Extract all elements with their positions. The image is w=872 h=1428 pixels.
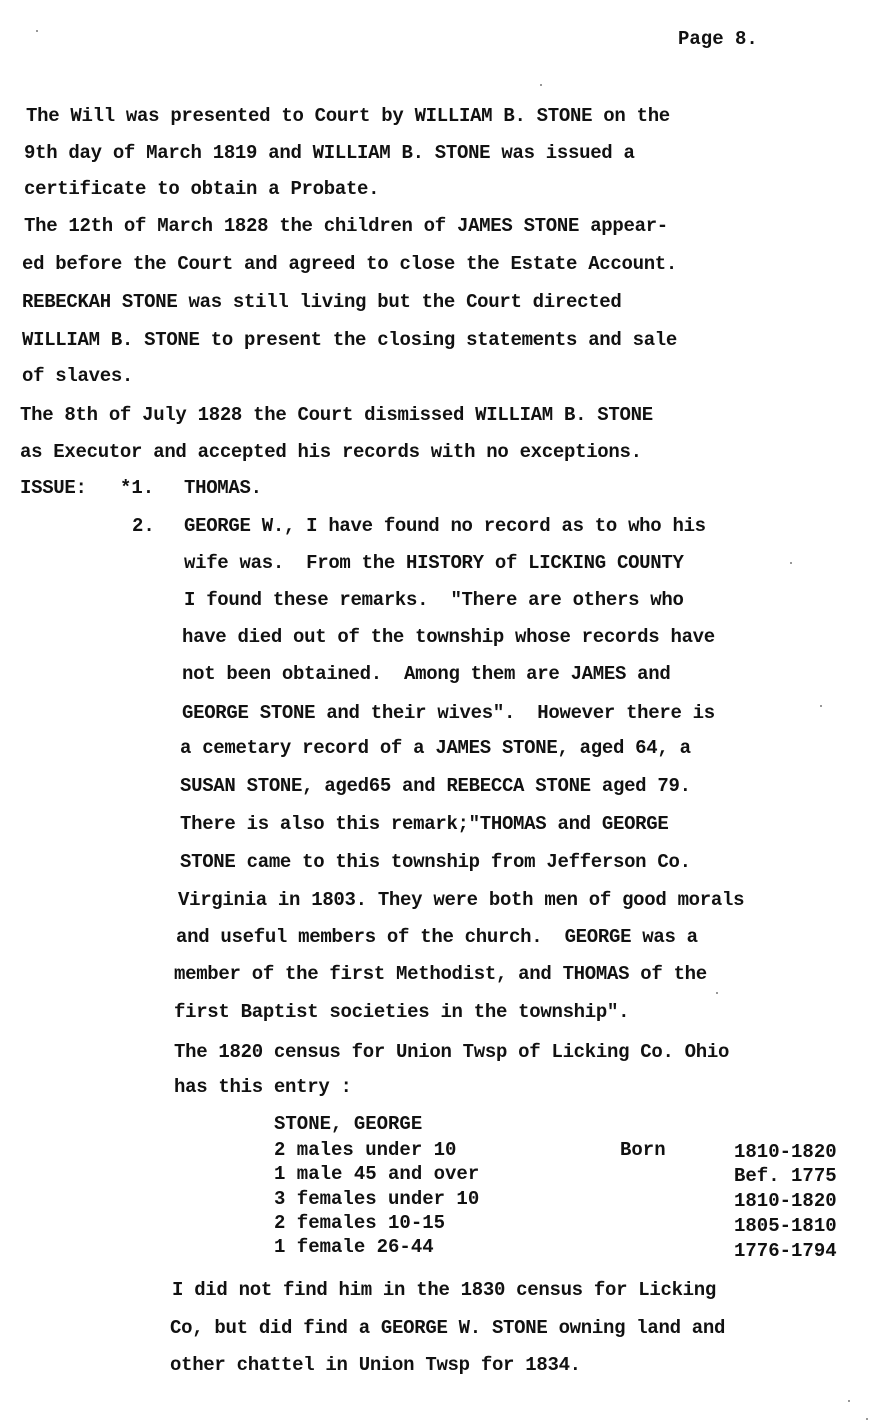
text-line: certificate to obtain a Probate. <box>24 177 379 201</box>
text-line: of slaves. <box>22 364 133 388</box>
census-heading: STONE, GEORGE <box>274 1113 422 1135</box>
scan-speck <box>36 30 38 32</box>
text-line: The Will was presented to Court by WILLI… <box>26 104 670 128</box>
issue-marker: *1. <box>120 476 154 500</box>
text-line: GEORGE STONE and their wives". However t… <box>182 701 715 725</box>
page-number: Page 8. <box>678 28 758 50</box>
scan-speck <box>540 84 542 86</box>
text-line: SUSAN STONE, aged65 and REBECCA STONE ag… <box>180 774 691 798</box>
text-line: STONE came to this township from Jeffers… <box>180 850 691 874</box>
text-line: GEORGE W., I have found no record as to … <box>184 514 706 538</box>
text-line: other chattel in Union Twsp for 1834. <box>170 1353 581 1377</box>
text-line: REBECKAH STONE was still living but the … <box>22 290 622 314</box>
scan-speck <box>866 1418 868 1420</box>
text-line: The 1820 census for Union Twsp of Lickin… <box>174 1040 729 1064</box>
text-line: I found these remarks. "There are others… <box>184 588 684 612</box>
census-born-label: Born <box>620 1139 666 1161</box>
text-line: have died out of the township whose reco… <box>182 625 715 649</box>
text-line: wife was. From the HISTORY of LICKING CO… <box>184 551 684 575</box>
document-page: Page 8. The Will was presented to Court … <box>0 0 872 1428</box>
scan-speck <box>848 1400 850 1402</box>
census-row-description: 1 female 26-44 <box>274 1236 434 1258</box>
text-line: a cemetary record of a JAMES STONE, aged… <box>180 736 691 760</box>
text-line: The 8th of July 1828 the Court dismissed… <box>20 403 653 427</box>
text-line: ed before the Court and agreed to close … <box>22 252 677 276</box>
issue-label: ISSUE: <box>20 476 87 500</box>
text-line: WILLIAM B. STONE to present the closing … <box>22 328 677 352</box>
text-line: The 12th of March 1828 the children of J… <box>24 214 668 238</box>
text-line: member of the first Methodist, and THOMA… <box>174 962 707 986</box>
scan-speck <box>820 705 822 707</box>
text-line: and useful members of the church. GEORGE… <box>176 925 698 949</box>
text-line: as Executor and accepted his records wit… <box>20 440 642 464</box>
census-row-description: 1 male 45 and over <box>274 1163 479 1185</box>
census-row-born: 1810-1820 <box>734 1141 837 1163</box>
text-line: Co, but did find a GEORGE W. STONE ownin… <box>170 1316 725 1340</box>
text-line: Virginia in 1803. They were both men of … <box>178 888 744 912</box>
text-line: has this entry : <box>174 1075 352 1099</box>
text-line: 9th day of March 1819 and WILLIAM B. STO… <box>24 141 635 165</box>
text-line: not been obtained. Among them are JAMES … <box>182 662 670 686</box>
census-row-born: Bef. 1775 <box>734 1165 837 1187</box>
census-row-description: 2 females 10-15 <box>274 1212 445 1234</box>
text-line: I did not find him in the 1830 census fo… <box>172 1278 716 1302</box>
scan-speck <box>790 562 792 564</box>
census-row-born: 1810-1820 <box>734 1190 837 1212</box>
census-row-description: 3 females under 10 <box>274 1188 479 1210</box>
text-line: There is also this remark;"THOMAS and GE… <box>180 812 668 836</box>
text-line: first Baptist societies in the township"… <box>174 1000 629 1024</box>
text-line: THOMAS. <box>184 476 262 500</box>
census-row-born: 1805-1810 <box>734 1215 837 1237</box>
issue-marker: 2. <box>132 514 155 538</box>
census-row-description: 2 males under 10 <box>274 1139 456 1161</box>
scan-speck <box>716 992 718 994</box>
census-row-born: 1776-1794 <box>734 1240 837 1262</box>
